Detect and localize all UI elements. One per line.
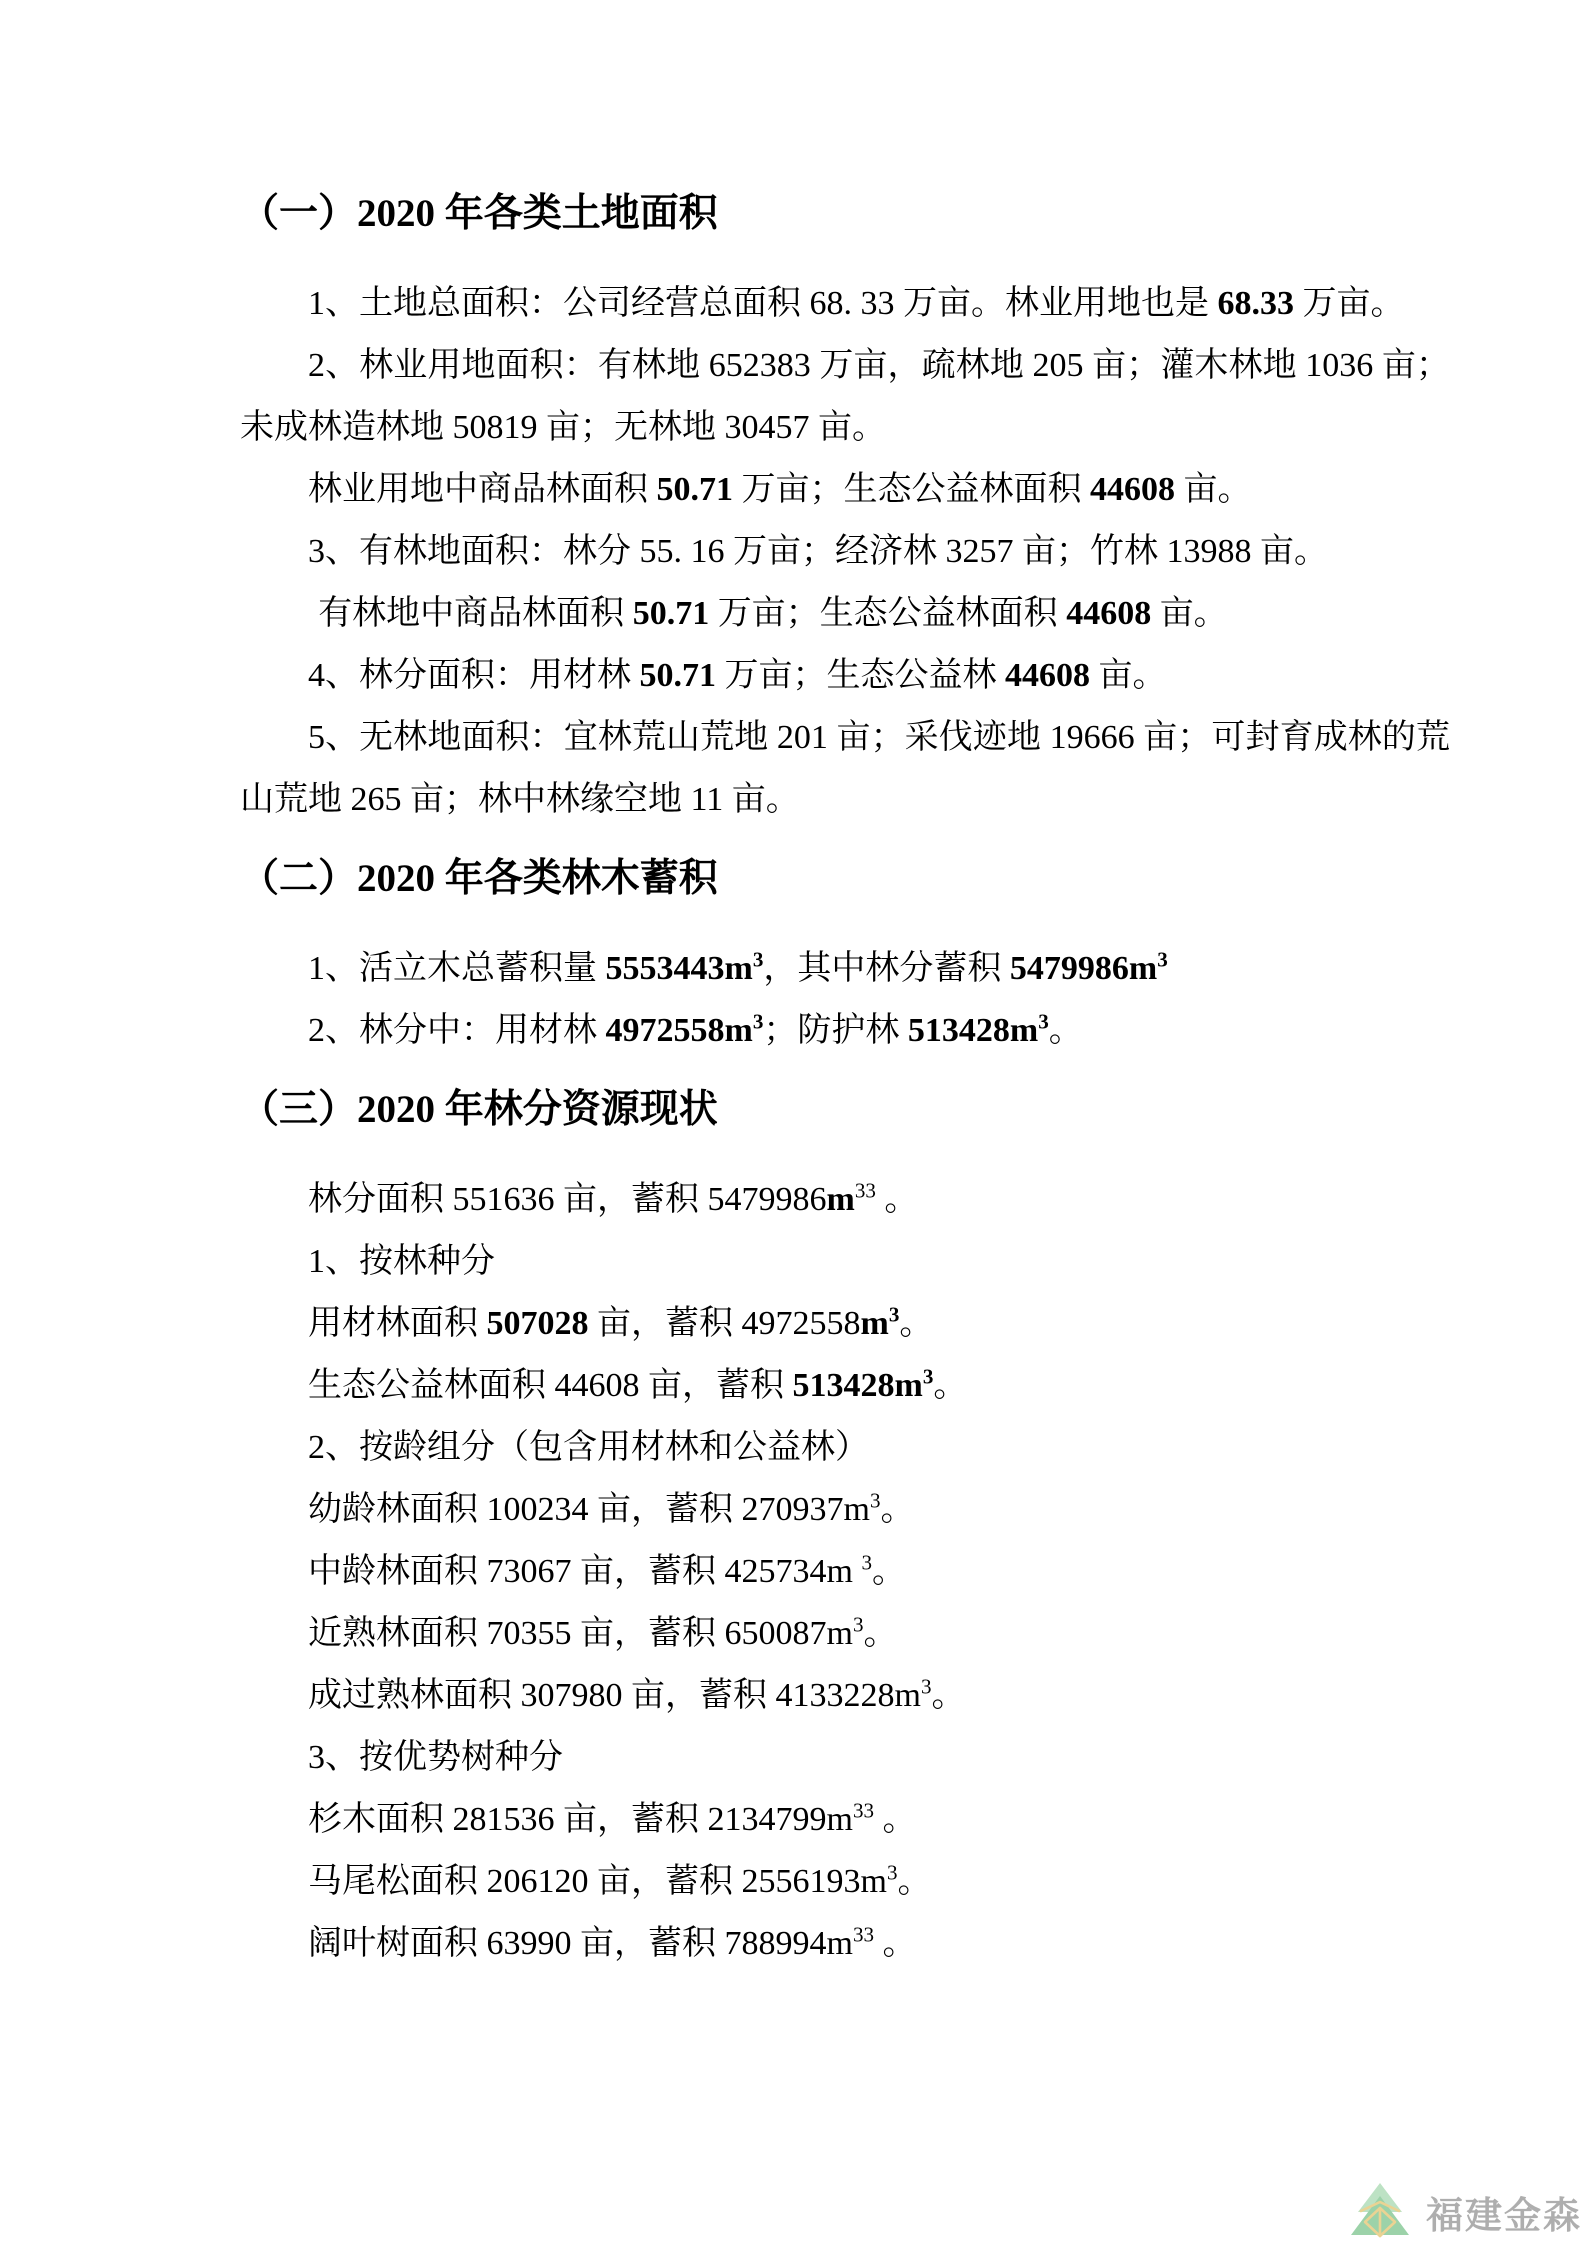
text-run: 513428m [908, 1012, 1038, 1049]
superscript: 3 [889, 1303, 900, 1327]
text-run: 。 [881, 1491, 915, 1528]
superscript: 3 [921, 1675, 932, 1699]
paragraph: 阔叶树面积 63990 亩，蓄积 788994m33 。 [240, 1913, 1450, 1975]
text-run: 幼龄林面积 100234 亩，蓄积 270937m [308, 1491, 870, 1528]
paragraph: 2、按龄组分（包含用材林和公益林） [240, 1417, 1450, 1479]
text-run: 。 [898, 1863, 932, 1900]
superscript: 3 [753, 1010, 764, 1034]
text-run: 2、林分中：用材林 [308, 1012, 606, 1049]
text-run: 44608 [1005, 657, 1090, 694]
paragraph: 4、林分面积：用材林 50.71 万亩；生态公益林 44608 亩。 [240, 645, 1450, 707]
paragraph: 1、活立木总蓄积量 5553443m3，其中林分蓄积 5479986m3 [240, 938, 1450, 1000]
text-run: 万亩；生态公益林面积 [709, 595, 1066, 632]
text-run: 。 [1049, 1012, 1083, 1049]
text-run: 万亩；生态公益林 [716, 657, 1005, 694]
text-run: 50.71 [657, 471, 734, 508]
text-run: 5、无林地面积：宜林荒山荒地 201 亩；采伐迹地 19666 亩；可封育成林的… [240, 719, 1450, 818]
text-run: 万亩；生态公益林面积 [733, 471, 1090, 508]
paragraph: 杉木面积 281536 亩，蓄积 2134799m33 。 [240, 1789, 1450, 1851]
text-run: （一）2020 年各类土地面积 [240, 192, 718, 235]
text-run: 万亩。 [1294, 285, 1405, 322]
paragraph: 2、林分中：用材林 4972558m3；防护林 513428m3。 [240, 1000, 1450, 1062]
text-run: 68.33 [1218, 285, 1295, 322]
company-logo-text: 福建金森 [1426, 2185, 1582, 2239]
paragraph: 有林地中商品林面积 50.71 万亩；生态公益林面积 44608 亩。 [240, 583, 1450, 645]
superscript: 3 [1157, 948, 1168, 972]
text-run: 。 [864, 1615, 898, 1652]
text-run: 1、活立木总蓄积量 [308, 950, 606, 987]
superscript: 3 [1038, 1010, 1049, 1034]
text-run: 亩，蓄积 4972558 [589, 1305, 861, 1342]
text-run: 1、按林种分 [308, 1243, 495, 1280]
text-run: 林分面积 551636 亩，蓄积 5479986 [308, 1181, 827, 1218]
text-run: 马尾松面积 206120 亩，蓄积 2556193m [308, 1863, 887, 1900]
text-run: 林业用地中商品林面积 [308, 471, 657, 508]
text-run: 亩。 [1175, 471, 1252, 508]
paragraph: 3、按优势树种分 [240, 1727, 1450, 1789]
text-run: 4、林分面积：用材林 [308, 657, 640, 694]
text-run: 507028 [487, 1305, 589, 1342]
text-run: 3、按优势树种分 [308, 1739, 563, 1776]
text-run: 。 [899, 1305, 933, 1342]
text-run: 513428m [793, 1367, 923, 1404]
text-run: 亩。 [1090, 657, 1167, 694]
text-run: 2、按龄组分（包含用材林和公益林） [308, 1429, 869, 1466]
paragraph: 成过熟林面积 307980 亩，蓄积 4133228m3。 [240, 1665, 1450, 1727]
section-heading: （一）2020 年各类土地面积 [240, 179, 1450, 249]
text-run: 5479986m [1010, 950, 1157, 987]
text-run: 50.71 [633, 595, 710, 632]
text-run: （三）2020 年林分资源现状 [240, 1088, 718, 1131]
superscript: 3 [923, 1365, 934, 1389]
paragraph: 近熟林面积 70355 亩，蓄积 650087m3。 [240, 1603, 1450, 1665]
paragraph: 5、无林地面积：宜林荒山荒地 201 亩；采伐迹地 19666 亩；可封育成林的… [240, 707, 1450, 831]
text-run: m [827, 1181, 855, 1218]
paragraph: 中龄林面积 73067 亩，蓄积 425734m 3。 [240, 1541, 1450, 1603]
text-run: 5553443m [606, 950, 753, 987]
document-body: （一）2020 年各类土地面积1、土地总面积：公司经营总面积 68. 33 万亩… [240, 166, 1450, 1975]
paragraph: 马尾松面积 206120 亩，蓄积 2556193m3。 [240, 1851, 1450, 1913]
paragraph: 用材林面积 507028 亩，蓄积 4972558m3。 [240, 1293, 1450, 1355]
text-run: 成过熟林面积 307980 亩，蓄积 4133228m [308, 1677, 921, 1714]
company-logo: 福建金森 [1344, 2178, 1584, 2245]
text-run: 。 [932, 1677, 966, 1714]
text-run: 。 [933, 1367, 967, 1404]
text-run: 用材林面积 [308, 1305, 487, 1342]
text-run: 。 [874, 1925, 917, 1962]
paragraph: 1、土地总面积：公司经营总面积 68. 33 万亩。林业用地也是 68.33 万… [240, 273, 1450, 335]
text-run: 。 [872, 1553, 906, 1590]
text-run: 杉木面积 281536 亩，蓄积 2134799m [308, 1801, 853, 1838]
superscript: 3 [861, 1551, 872, 1575]
superscript: 3 [853, 1613, 864, 1637]
text-run: 。 [876, 1181, 919, 1218]
paragraph: 幼龄林面积 100234 亩，蓄积 270937m3。 [240, 1479, 1450, 1541]
text-run: 中龄林面积 73067 亩，蓄积 425734m [308, 1553, 861, 1590]
text-run: ；防护林 [763, 1012, 908, 1049]
text-run: （二）2020 年各类林木蓄积 [240, 857, 718, 900]
text-run: 44608 [1090, 471, 1175, 508]
pine-tree-icon [1344, 2181, 1416, 2243]
text-run: 44608 [1066, 595, 1151, 632]
text-run: ，其中林分蓄积 [763, 950, 1010, 987]
text-run: 有林地中商品林面积 [318, 595, 633, 632]
section-heading: （三）2020 年林分资源现状 [240, 1075, 1450, 1145]
paragraph: 林业用地中商品林面积 50.71 万亩；生态公益林面积 44608 亩。 [240, 459, 1450, 521]
text-run: 4972558m [606, 1012, 753, 1049]
paragraph: 1、按林种分 [240, 1231, 1450, 1293]
paragraph: 生态公益林面积 44608 亩，蓄积 513428m3。 [240, 1355, 1450, 1417]
text-run: 亩。 [1151, 595, 1228, 632]
paragraph: 2、林业用地面积：有林地 652383 万亩，疏林地 205 亩；灌木林地 10… [240, 335, 1450, 459]
superscript: 33 [853, 1923, 874, 1947]
superscript: 3 [887, 1861, 898, 1885]
text-run: 。 [874, 1801, 917, 1838]
superscript: 3 [870, 1489, 881, 1513]
text-run: 近熟林面积 70355 亩，蓄积 650087m [308, 1615, 853, 1652]
superscript: 33 [853, 1799, 874, 1823]
superscript: 33 [855, 1179, 876, 1203]
text-run: m [861, 1305, 889, 1342]
text-run: 生态公益林面积 44608 亩，蓄积 [308, 1367, 793, 1404]
superscript: 3 [753, 948, 764, 972]
text-run: 3、有林地面积：林分 55. 16 万亩；经济林 3257 亩；竹林 13988… [308, 533, 1328, 570]
text-run: 2、林业用地面积：有林地 652383 万亩，疏林地 205 亩；灌木林地 10… [240, 347, 1450, 446]
text-run: 阔叶树面积 63990 亩，蓄积 788994m [308, 1925, 853, 1962]
document-page: （一）2020 年各类土地面积1、土地总面积：公司经营总面积 68. 33 万亩… [0, 0, 1587, 2245]
text-run: 1、土地总面积：公司经营总面积 68. 33 万亩。林业用地也是 [308, 285, 1218, 322]
text-run: 50.71 [640, 657, 717, 694]
section-heading: （二）2020 年各类林木蓄积 [240, 844, 1450, 914]
paragraph: 林分面积 551636 亩，蓄积 5479986m33 。 [240, 1169, 1450, 1231]
paragraph: 3、有林地面积：林分 55. 16 万亩；经济林 3257 亩；竹林 13988… [240, 521, 1450, 583]
